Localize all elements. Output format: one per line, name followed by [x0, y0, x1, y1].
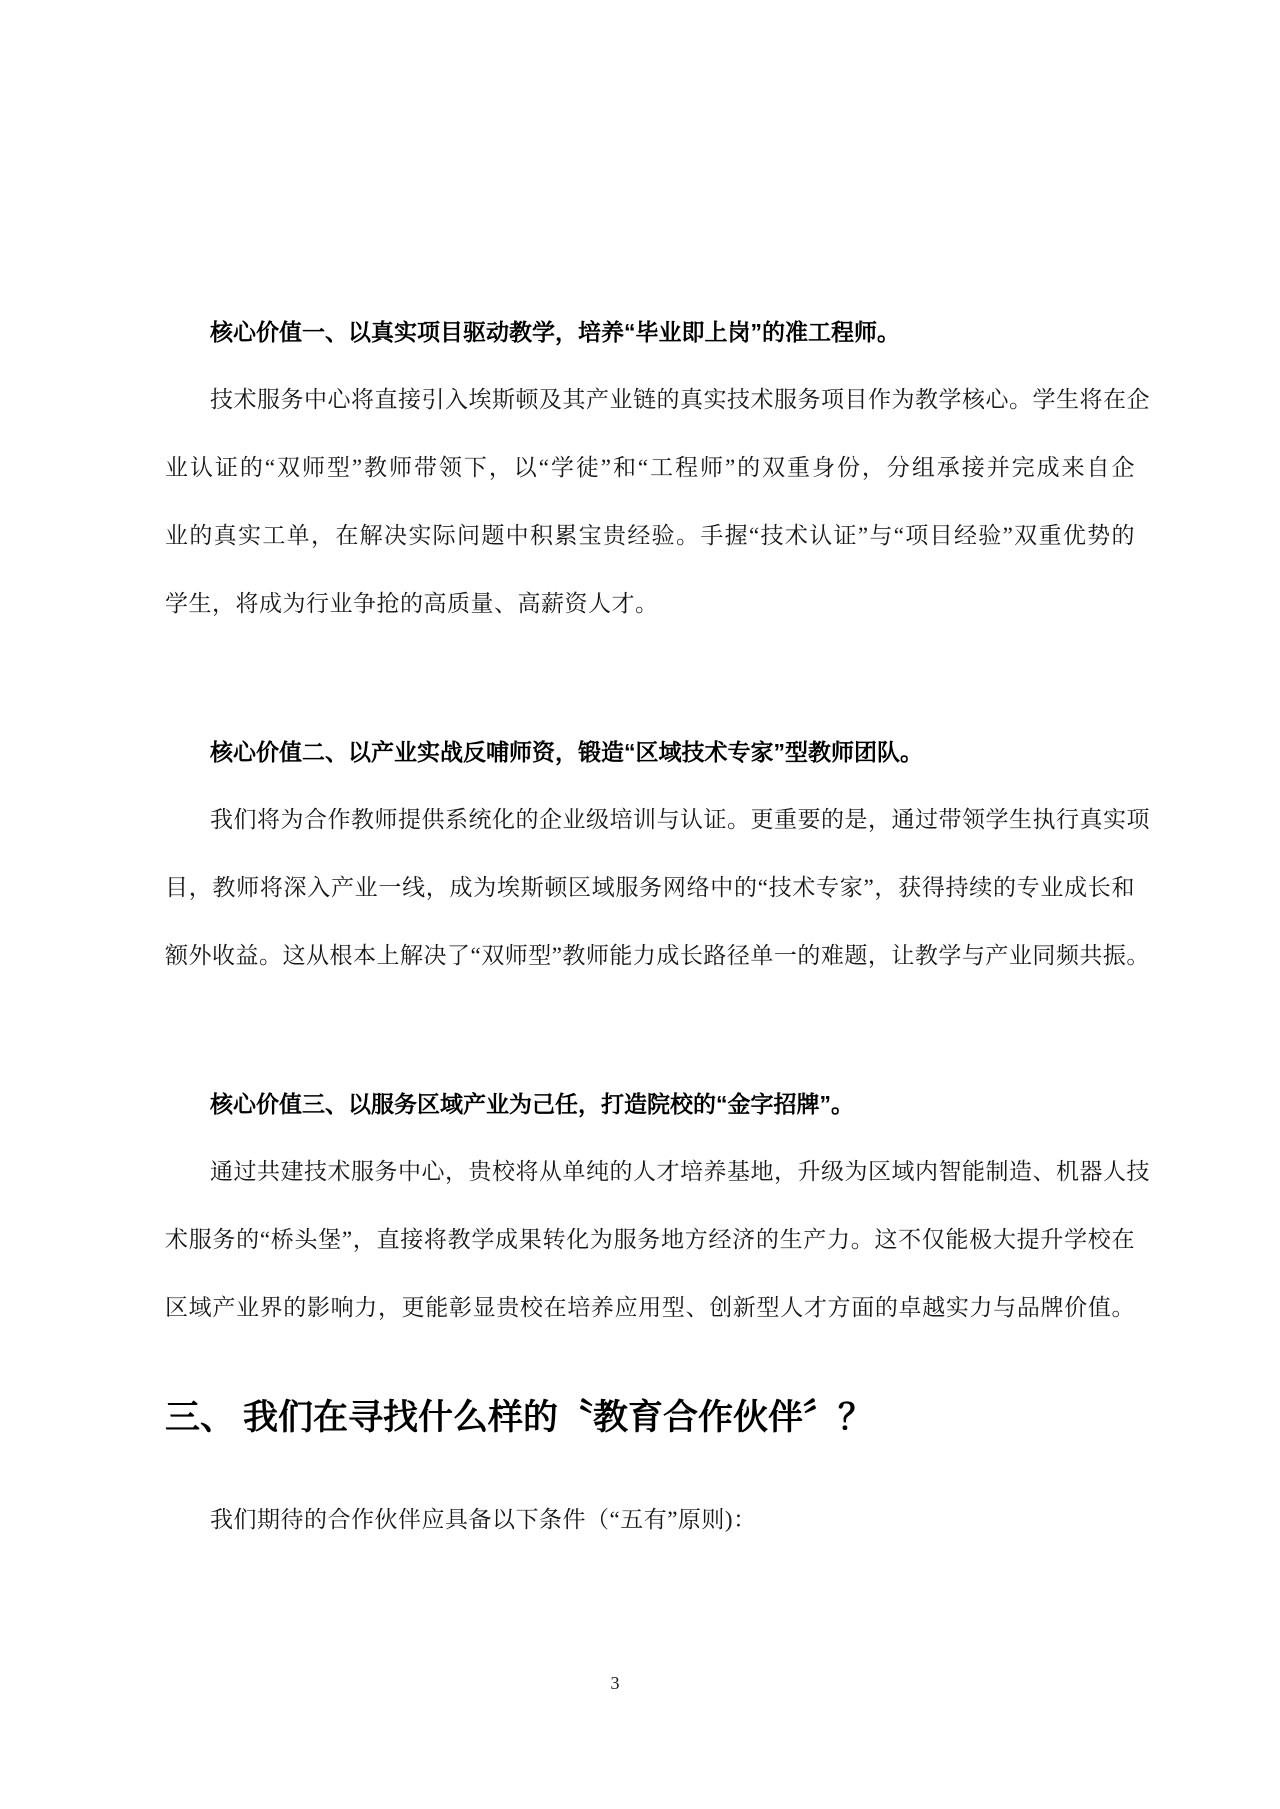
section-core-value-1: 核心价值一、以真实项目驱动教学，培养“毕业即上岗”的准工程师。 技术服务中心将直… [165, 298, 1135, 638]
body-line: 我们将为合作教师提供系统化的企业级培训与认证。更重要的是，通过带领学生执行真实项 [165, 786, 1135, 854]
section-heading: 核心价值一、以真实项目驱动教学，培养“毕业即上岗”的准工程师。 [165, 298, 1135, 366]
body-line: 技术服务中心将直接引入埃斯顿及其产业链的真实技术服务项目作为教学核心。学生将在企 [165, 366, 1135, 434]
body-line: 业认证的“双师型”教师带领下，以“学徒”和“工程师”的双重身份，分组承接并完成来… [165, 434, 1135, 502]
body-line: 业的真实工单，在解决实际问题中积累宝贵经验。手握“技术认证”与“项目经验”双重优… [165, 502, 1135, 570]
section-core-value-2: 核心价值二、以产业实战反哺师资，锻造“区域技术专家”型教师团队。 我们将为合作教… [165, 718, 1135, 990]
section-core-value-3: 核心价值三、以服务区域产业为己任，打造院校的“金字招牌”。 通过共建技术服务中心… [165, 1070, 1135, 1342]
section-heading: 核心价值三、以服务区域产业为己任，打造院校的“金字招牌”。 [165, 1070, 1135, 1138]
body-line: 区域产业界的影响力，更能彰显贵校在培养应用型、创新型人才方面的卓越实力与品牌价值… [165, 1274, 1135, 1342]
page-number: 3 [611, 1673, 620, 1693]
document-page: 核心价值一、以真实项目驱动教学，培养“毕业即上岗”的准工程师。 技术服务中心将直… [0, 0, 1280, 1809]
section-heading: 核心价值二、以产业实战反哺师资，锻造“区域技术专家”型教师团队。 [165, 718, 1135, 786]
body-line: 通过共建技术服务中心，贵校将从单纯的人才培养基地，升级为区域内智能制造、机器人技 [165, 1138, 1135, 1206]
chapter-number: 三、 [165, 1398, 235, 1437]
body-line: 目，教师将深入产业一线，成为埃斯顿区域服务网络中的“技术专家”，获得持续的专业成… [165, 854, 1135, 922]
body-line: 额外收益。这从根本上解决了“双师型”教师能力成长路径单一的难题，让教学与产业同频… [165, 922, 1135, 990]
intro-line: 我们期待的合作伙伴应具备以下条件（“五有”原则)： [165, 1486, 1135, 1554]
page-content: 核心价值一、以真实项目驱动教学，培养“毕业即上岗”的准工程师。 技术服务中心将直… [165, 0, 1135, 1554]
chapter-heading: 三、我们在寻找什么样的〝教育合作伙伴〞？ [165, 1390, 1135, 1446]
page-footer: 3 [0, 1672, 1280, 1694]
body-line: 学生，将成为行业争抢的高质量、高薪资人才。 [165, 570, 1135, 638]
body-line: 术服务的“桥头堡”，直接将教学成果转化为服务地方经济的生产力。这不仅能极大提升学… [165, 1206, 1135, 1274]
chapter-title: 我们在寻找什么样的〝教育合作伙伴〞？ [243, 1398, 873, 1437]
